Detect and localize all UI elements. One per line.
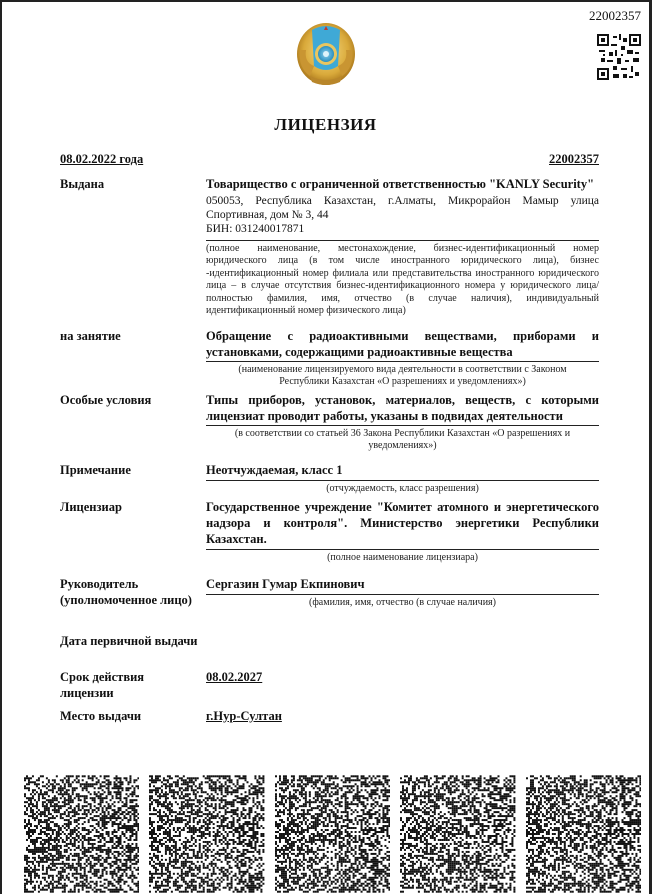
licensor-value-wrap: Государственное учреждение "Комитет атом… bbox=[206, 499, 599, 564]
head-hint: (фамилия, имя, отчество (в случае наличи… bbox=[206, 597, 599, 609]
datamatrix-code-icon bbox=[275, 775, 390, 893]
place-value: г.Нур-Султан bbox=[206, 709, 282, 723]
meta-row: 08.02.2022 года 22002357 bbox=[60, 152, 599, 168]
license-number: 22002357 bbox=[549, 152, 599, 167]
kazakhstan-emblem-icon bbox=[294, 20, 358, 90]
note-label: Примечание bbox=[60, 462, 200, 478]
licensee-name: Товарищество с ограниченной ответственно… bbox=[206, 176, 599, 192]
note-hint: (отчуждаемость, класс разрешения) bbox=[206, 483, 599, 495]
datamatrix-code-icon bbox=[400, 775, 515, 893]
doc-number: 22002357 bbox=[589, 8, 641, 24]
issued-to-label: Выдана bbox=[60, 176, 200, 192]
licensee-address: 050053, Республика Казахстан, г.Алматы, … bbox=[206, 194, 599, 222]
special-conditions-value: Типы приборов, установок, материалов, ве… bbox=[206, 392, 599, 426]
issued-to-hint: (полное наименование, местонахождение, б… bbox=[206, 243, 599, 317]
licensor-value: Государственное учреждение "Комитет атом… bbox=[206, 499, 599, 550]
head-value: Сергазин Гумар Екпинович bbox=[206, 576, 599, 595]
activity-value: Обращение с радиоактивными веществами, п… bbox=[206, 328, 599, 362]
head-value-wrap: Сергазин Гумар Екпинович (фамилия, имя, … bbox=[206, 576, 599, 609]
head-label: Руководитель (уполномоченное лицо) bbox=[60, 576, 200, 608]
licensor-hint: (полное наименование лицензиара) bbox=[206, 552, 599, 564]
special-conditions-hint: (в соответствии со статьей 36 Закона Рес… bbox=[206, 428, 599, 452]
datamatrix-code-icon bbox=[149, 775, 264, 893]
validity-label: Срок действия лицензии bbox=[60, 669, 170, 701]
issue-date: 08.02.2022 года bbox=[60, 152, 143, 167]
issued-to-value: Товарищество с ограниченной ответственно… bbox=[206, 176, 599, 317]
activity-hint: (наименование лицензируемого вида деятел… bbox=[206, 364, 599, 388]
special-conditions-label: Особые условия bbox=[60, 392, 200, 408]
first-issue-label: Дата первичной выдачи bbox=[60, 633, 260, 649]
qr-code-icon bbox=[597, 34, 641, 80]
datamatrix-row bbox=[24, 775, 641, 894]
licensor-label: Лицензиар bbox=[60, 499, 200, 515]
datamatrix-code-icon bbox=[526, 775, 641, 893]
activity-label: на занятие bbox=[60, 328, 200, 344]
activity-value-wrap: Обращение с радиоактивными веществами, п… bbox=[206, 328, 599, 388]
note-value-wrap: Неотчуждаемая, класс 1 (отчуждаемость, к… bbox=[206, 462, 599, 495]
special-conditions-value-wrap: Типы приборов, установок, материалов, ве… bbox=[206, 392, 599, 452]
validity-value: 08.02.2027 bbox=[206, 670, 262, 684]
datamatrix-code-icon bbox=[24, 775, 139, 893]
place-label: Место выдачи bbox=[60, 708, 200, 724]
note-value: Неотчуждаемая, класс 1 bbox=[206, 462, 599, 481]
page-title: ЛИЦЕНЗИЯ bbox=[2, 115, 649, 135]
licensee-bin: БИН: 031240017871 bbox=[206, 222, 599, 236]
